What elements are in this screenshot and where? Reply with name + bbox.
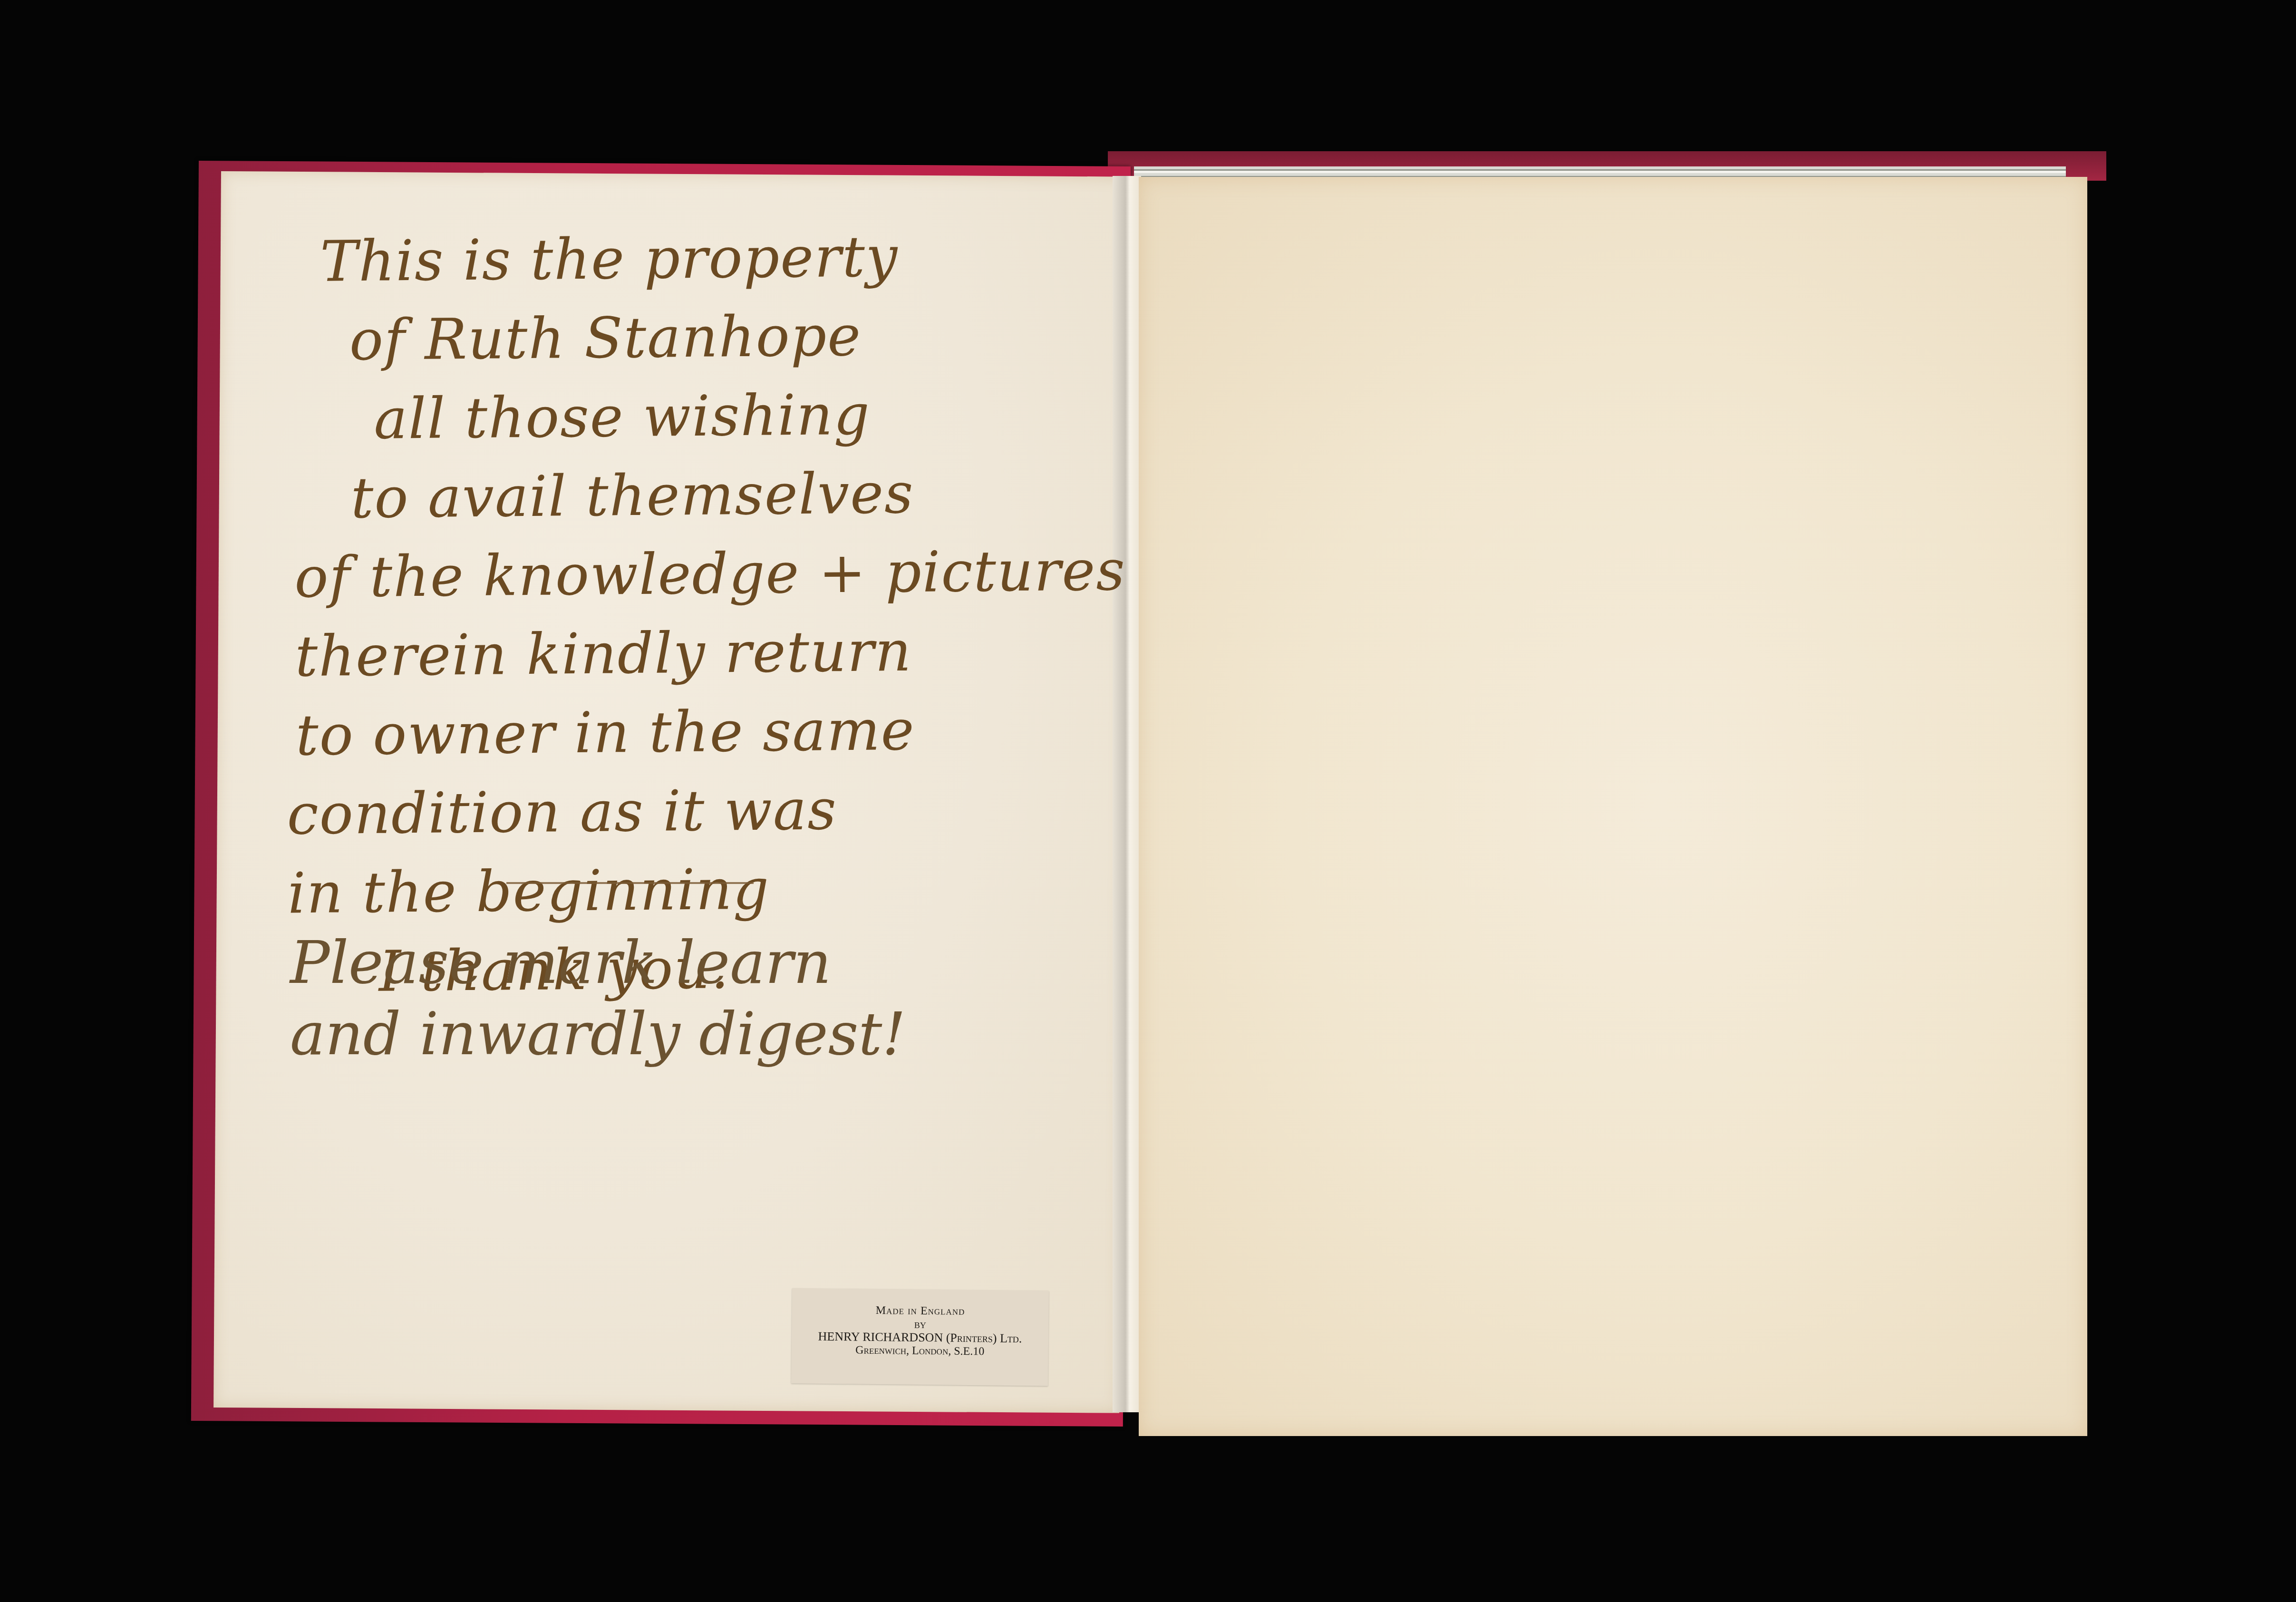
handwritten-divider-line <box>506 882 754 884</box>
inscription-line: to owner in the same <box>286 689 1095 775</box>
printer-label: Made in England BY HENRY RICHARDSON (Pri… <box>791 1288 1049 1386</box>
closing-note: Please mark learn and inwardly digest! <box>290 927 1098 1070</box>
inscription-line: to avail themselves <box>284 452 1093 538</box>
handwritten-inscription: This is the property of Ruth Stanhope al… <box>282 215 1097 1012</box>
closing-line: and inwardly digest! <box>290 999 1098 1070</box>
label-address: Greenwich, London, S.E.10 <box>792 1343 1048 1359</box>
label-printer-name: HENRY RICHARDSON (Printers) Ltd. <box>792 1329 1048 1346</box>
label-made-in: Made in England <box>792 1303 1048 1319</box>
inscription-line: This is the property <box>282 215 1091 301</box>
inscription-line: all those wishing <box>283 373 1092 459</box>
inscription-line: in the beginning <box>287 847 1096 933</box>
blank-flyleaf-page <box>1139 177 2087 1436</box>
inscription-line: condition as it was <box>287 768 1095 854</box>
closing-line: Please mark learn <box>290 927 1098 999</box>
inscription-line: therein kindly return <box>285 610 1094 696</box>
book-gutter <box>1113 176 1141 1412</box>
inscription-line: of Ruth Stanhope <box>282 294 1091 380</box>
inscription-line: of the knowledge + pictures <box>285 531 1094 617</box>
